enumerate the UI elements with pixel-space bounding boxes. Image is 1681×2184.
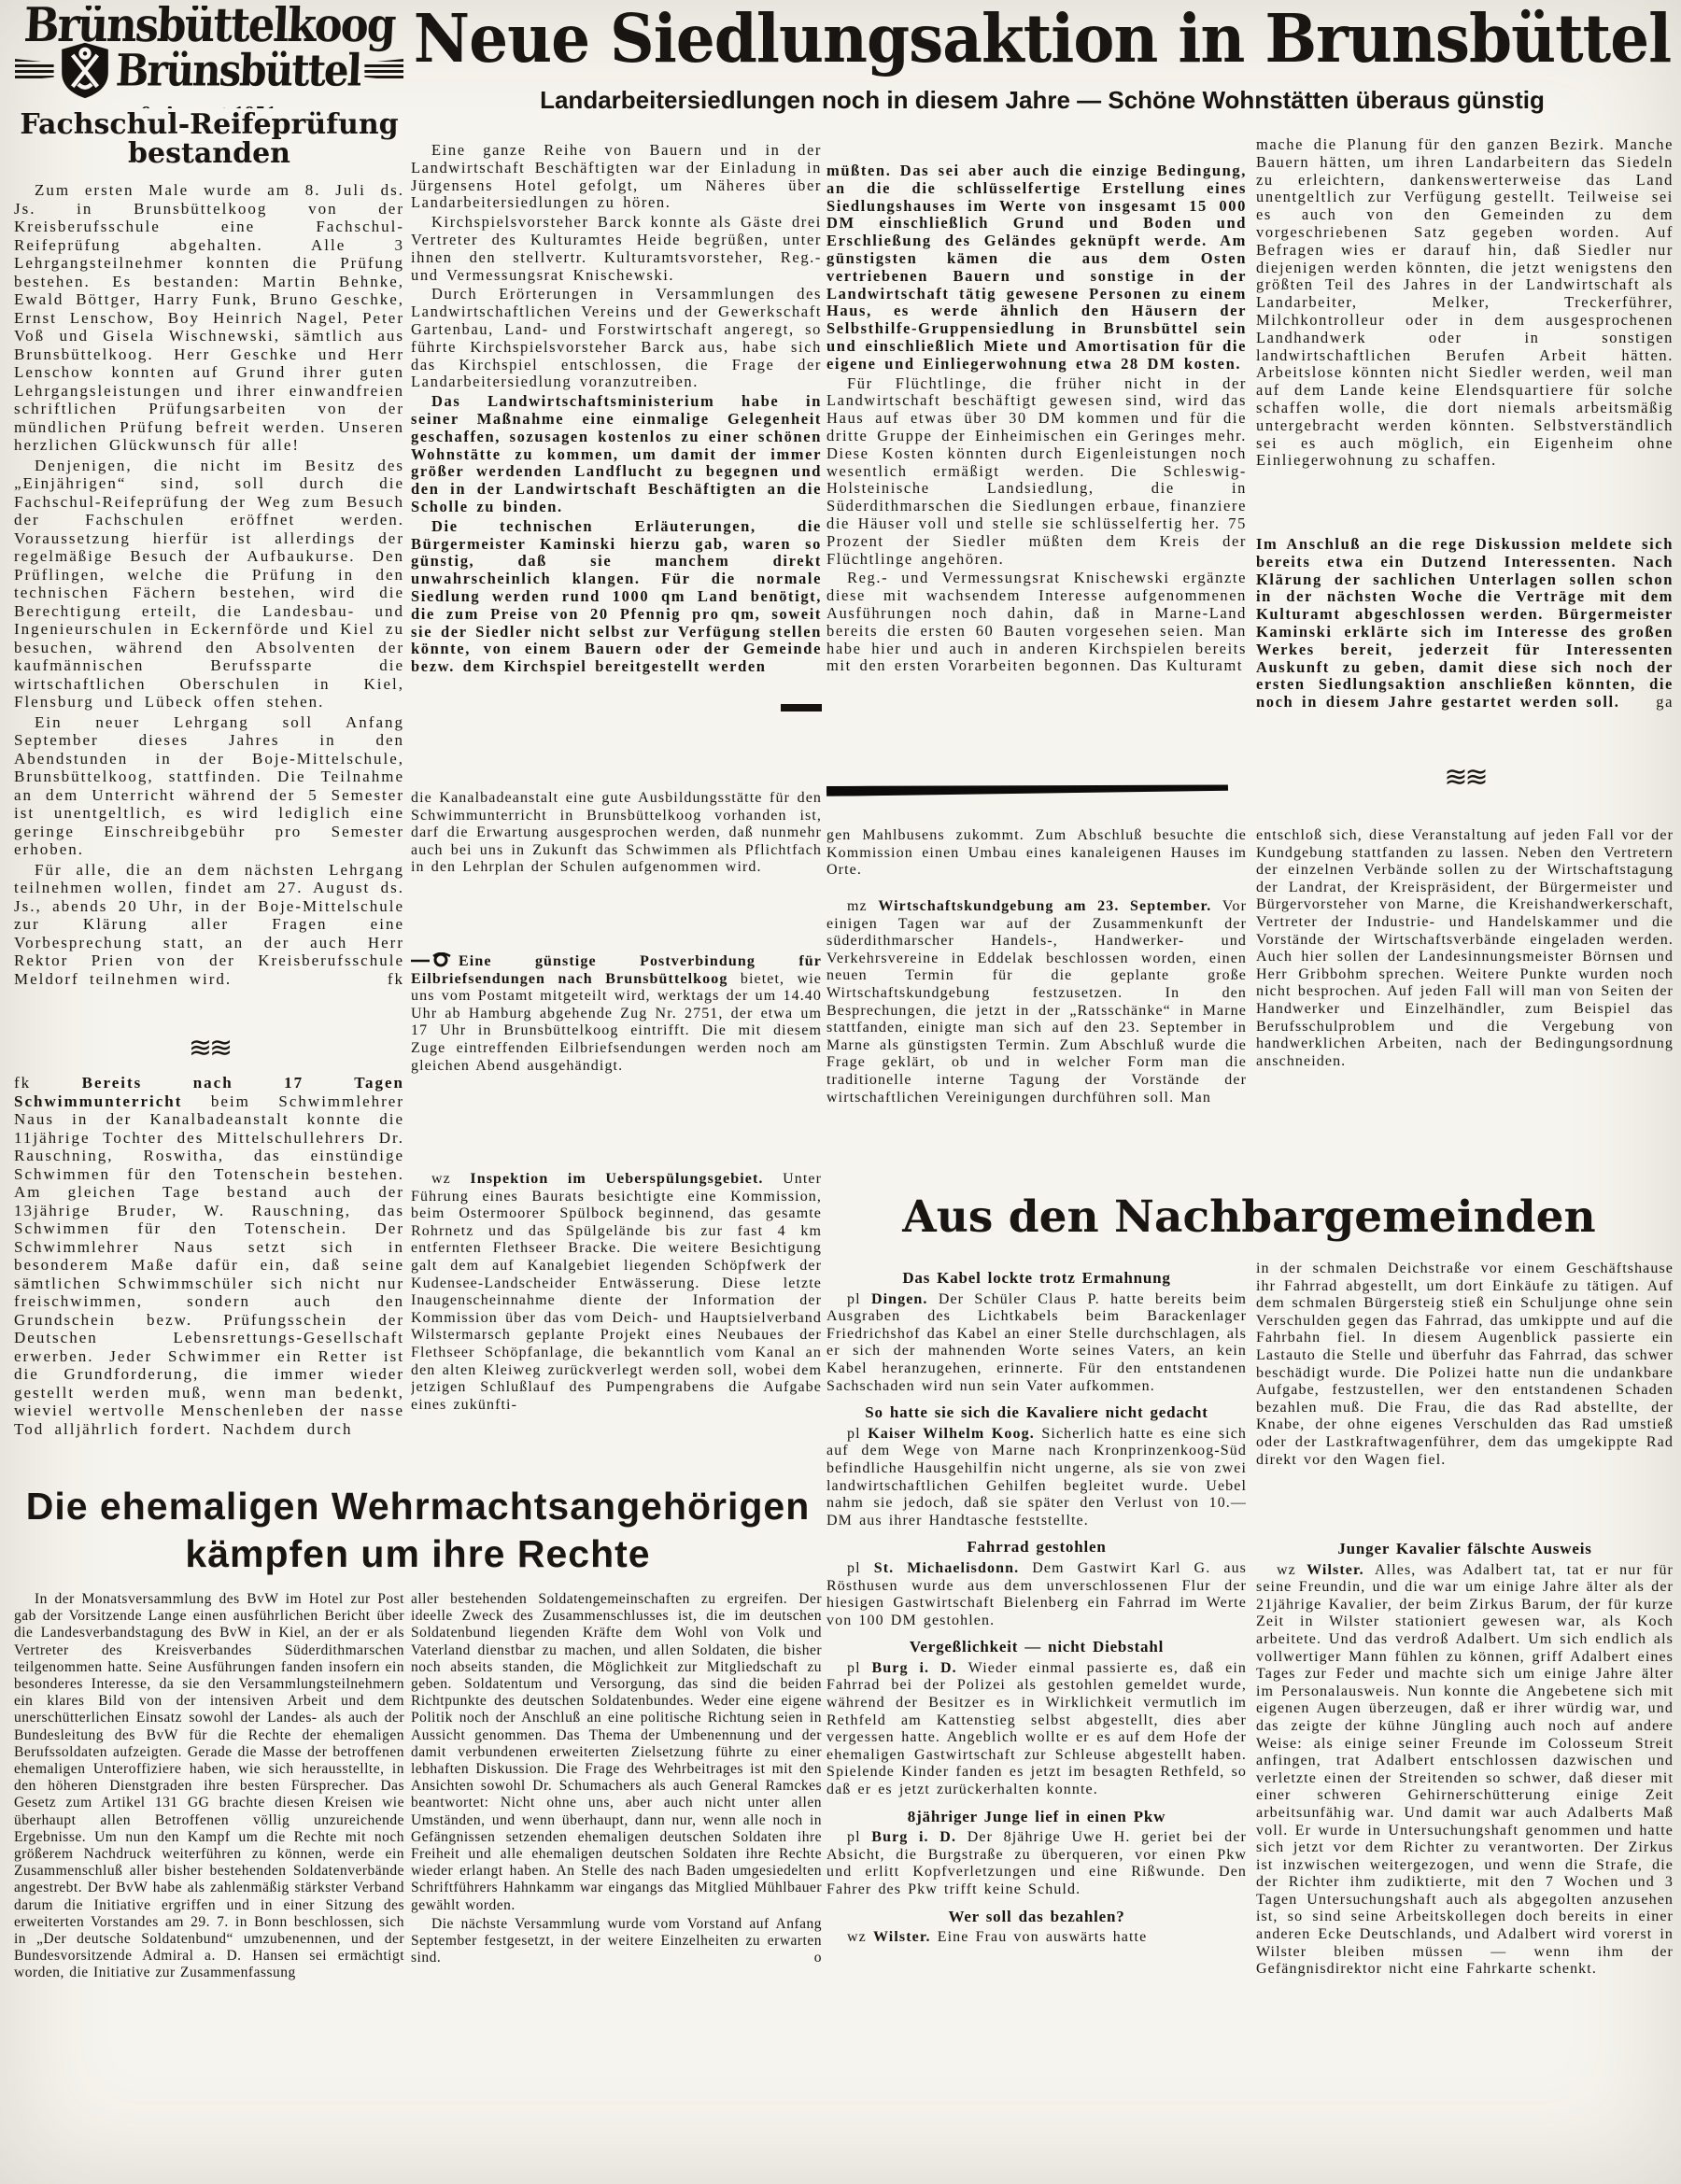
- article-heading: So hatte sie sich die Kavaliere nicht ge…: [826, 1404, 1247, 1422]
- article-fachschul: Fachschul-Reifeprüfung bestanden Zum ers…: [14, 110, 404, 1036]
- paragraph: die Kanalbadeanstalt eine gute Ausbildun…: [411, 790, 822, 877]
- paragraph: pl Burg i. D. Wieder einmal passierte es…: [826, 1660, 1247, 1799]
- article-fachschul-heading: Fachschul-Reifeprüfung bestanden: [14, 110, 404, 168]
- author-initials: o: [794, 1950, 822, 1966]
- paragraph: gen Mahlbusens zukommt. Zum Abschluß bes…: [826, 827, 1247, 880]
- wehrmacht-column-1: In der Monatsversammlung des BvW im Hote…: [14, 1591, 404, 2182]
- paragraph: Für alle, die an dem nächsten Lehrgang t…: [14, 861, 404, 989]
- lead-subheadline: Landarbeitersiedlungen noch in diesem Ja…: [411, 86, 1674, 115]
- paragraph-bold: müßten. Das sei aber auch die einzige Be…: [826, 162, 1247, 373]
- newspaper-page: Brünsbüttelkoog Brünsbüttel 9. August 19…: [0, 0, 1681, 2184]
- column-end-dash: [781, 704, 822, 712]
- paragraph: wz Wilster. Eine Frau von auswärts hatte: [826, 1929, 1247, 1947]
- paragraph: Reg.- und Vermessungsrat Knischewski erg…: [826, 570, 1247, 675]
- paragraph: Denjenigen, die nicht im Besitz des „Ein…: [14, 457, 404, 712]
- paragraph: aller bestehenden Soldatengemeinschaften…: [411, 1591, 822, 1914]
- masthead-flourish-right-icon: [364, 59, 403, 81]
- paragraph: Für Flüchtlinge, die früher nicht in der…: [826, 375, 1247, 569]
- section-squiggle-icon: ≋≋: [14, 1035, 404, 1072]
- masthead: Brünsbüttelkoog Brünsbüttel 9. August 19…: [14, 6, 404, 108]
- section-nachbargemeinden-headline: Aus den Nachbargemeinden: [826, 1191, 1672, 1253]
- masthead-title-line2: Brünsbüttel: [114, 45, 360, 96]
- article-heading: 8jähriger Junge lief in einen Pkw: [826, 1809, 1247, 1826]
- article-wirtschaftskundgebung-continuation: entschloß sich, diese Veranstaltung auf …: [1256, 827, 1674, 1175]
- paragraph: entschloß sich, diese Veranstaltung auf …: [1256, 827, 1674, 1070]
- article-heading: Vergeßlichkeit — nicht Diebstahl: [826, 1639, 1247, 1656]
- paragraph-bold: Das Landwirtschaftsministerium habe in s…: [411, 393, 822, 516]
- article-postverbindung: Eine günstige Postverbindung für Eilbrie…: [411, 952, 822, 1167]
- posthorn-icon: [411, 952, 454, 967]
- paragraph: mz Wirtschaftskundgebung am 23. Septembe…: [826, 898, 1247, 1106]
- masthead-title-line1: Brünsbüttelkoog: [14, 6, 404, 48]
- lead-headline: Neue Siedlungsaktion in Brunsbüttel: [411, 2, 1674, 77]
- article-wirtschaftskundgebung: mz Wirtschaftskundgebung am 23. Septembe…: [826, 898, 1247, 1195]
- paragraph: Eine günstige Postverbindung für Eilbrie…: [411, 952, 822, 1075]
- paragraph: Kirchspielsvorsteher Barck konnte als Gä…: [411, 214, 822, 284]
- paragraph: wz Wilster. Alles, was Adalbert tat, tat…: [1256, 1562, 1674, 1979]
- paragraph: Ein neuer Lehrgang soll Anfang September…: [14, 713, 404, 859]
- nachbargemeinden-column-2-continuation: in der schmalen Deichstraße vor einem Ge…: [1256, 1261, 1674, 1539]
- article-junger-kavalier: Junger Kavalier fälschte Ausweis wz Wils…: [1256, 1541, 1674, 2184]
- author-initials: fk: [367, 970, 404, 989]
- paragraph: Eine ganze Reihe von Bauern und in der L…: [411, 142, 822, 212]
- paragraph: Die nächste Versammlung wurde vom Vorsta…: [411, 1916, 822, 1967]
- article-inspektion-continuation: gen Mahlbusens zukommt. Zum Abschluß bes…: [826, 827, 1247, 896]
- masthead-flourish-left-icon: [15, 59, 54, 81]
- paragraph: In der Monatsversammlung des BvW im Hote…: [14, 1591, 404, 1982]
- paragraph: wz Inspektion im Ueberspülungsgebiet. Un…: [411, 1171, 822, 1414]
- wehrmacht-column-2: aller bestehenden Soldatengemeinschaften…: [411, 1591, 822, 2182]
- lead-story-column-2: müßten. Das sei aber auch die einzige Be…: [826, 162, 1247, 781]
- article-schwimmunterricht-continuation: die Kanalbadeanstalt eine gute Ausbildun…: [411, 790, 822, 949]
- article-heading: Fahrrad gestohlen: [826, 1539, 1247, 1557]
- article-inspektion: wz Inspektion im Ueberspülungsgebiet. Un…: [411, 1171, 822, 1485]
- issue-date: 9. August 1951: [14, 102, 404, 108]
- lead-story-column-3: mache die Planung für den ganzen Bezirk.…: [1256, 136, 1674, 532]
- article-heading: Das Kabel lockte trotz Ermahnung: [826, 1270, 1247, 1288]
- nachbargemeinden-column-1: Das Kabel lockte trotz Ermahnung pl Ding…: [826, 1261, 1247, 2179]
- article-heading: Junger Kavalier fälschte Ausweis: [1256, 1541, 1674, 1558]
- paragraph-bold: Die technischen Erläuterungen, die Bürge…: [411, 518, 822, 676]
- paragraph: in der schmalen Deichstraße vor einem Ge…: [1256, 1261, 1674, 1469]
- lead-story-column-1: Eine ganze Reihe von Bauern und in der L…: [411, 142, 822, 702]
- section-wehrmacht-headline: Die ehemaligen Wehrmachtsangehörigen käm…: [14, 1483, 822, 1585]
- paragraph: pl Kaiser Wilhelm Koog. Sicherlich hatte…: [826, 1426, 1247, 1530]
- thick-divider-bar: [826, 782, 1228, 796]
- paragraph: mache die Planung für den ganzen Bezirk.…: [1256, 136, 1674, 470]
- paragraph: Durch Erörterungen in Versammlungen des …: [411, 286, 822, 391]
- paragraph: fk Bereits nach 17 Tagen Schwimmunterric…: [14, 1074, 404, 1438]
- section-squiggle-icon: ≋≋: [1256, 764, 1674, 799]
- paragraph: pl Burg i. D. Der 8jährige Uwe H. geriet…: [826, 1829, 1247, 1898]
- lead-story-column-3-closing: Im Anschluß an die rege Diskussion melde…: [1256, 536, 1674, 766]
- paragraph-bold: Im Anschluß an die rege Diskussion melde…: [1256, 536, 1674, 712]
- paragraph: Zum ersten Male wurde am 8. Juli ds. Js.…: [14, 181, 404, 455]
- article-heading: Wer soll das bezahlen?: [826, 1909, 1247, 1926]
- paragraph: pl St. Michaelisdonn. Dem Gastwirt Karl …: [826, 1560, 1247, 1629]
- paragraph: pl Dingen. Der Schüler Claus P. hatte be…: [826, 1291, 1247, 1396]
- author-initials: ga: [1656, 694, 1674, 712]
- lead-story-headline-block: Neue Siedlungsaktion in Brunsbüttel Land…: [411, 2, 1674, 138]
- article-schwimmunterricht: fk Bereits nach 17 Tagen Schwimmunterric…: [14, 1074, 404, 1485]
